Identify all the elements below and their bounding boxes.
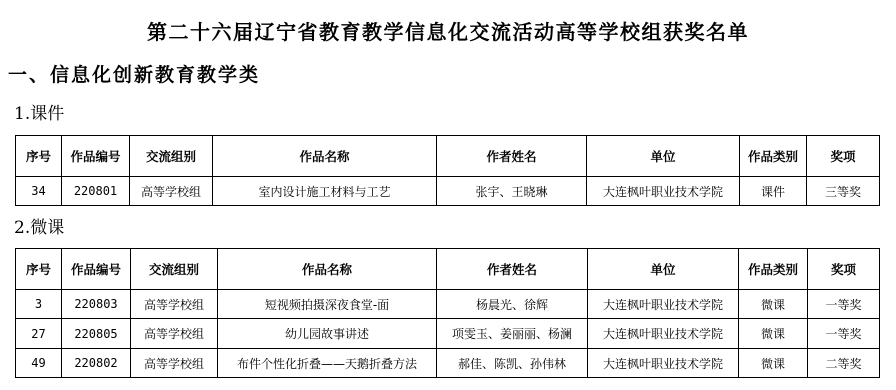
cell-group: 高等学校组 [131, 319, 218, 349]
column-header-category: 作品类别 [739, 249, 808, 290]
cell-award: 一等奖 [808, 319, 880, 349]
cell-unit: 大连枫叶职业技术学院 [588, 290, 739, 319]
cell-authors: 郝佳、陈凯、孙伟林 [437, 349, 588, 378]
table-header-row: 序号 作品编号 交流组别 作品名称 作者姓名 单位 作品类别 奖项 [16, 136, 880, 177]
column-header-unit: 单位 [587, 136, 740, 177]
column-header-seq: 序号 [16, 136, 62, 177]
cell-category: 微课 [739, 290, 808, 319]
cell-code: 220803 [62, 290, 131, 319]
cell-code: 220801 [62, 177, 130, 206]
column-header-authors: 作者姓名 [437, 249, 588, 290]
cell-unit: 大连枫叶职业技术学院 [587, 177, 740, 206]
cell-group: 高等学校组 [131, 290, 218, 319]
document-title: 第二十六届辽宁省教育教学信息化交流活动高等学校组获奖名单 [0, 19, 896, 45]
column-header-award: 奖项 [808, 249, 880, 290]
cell-award: 一等奖 [808, 290, 880, 319]
cell-authors: 杨晨光、徐辉 [437, 290, 588, 319]
cell-group: 高等学校组 [130, 177, 213, 206]
courseware-award-table: 序号 作品编号 交流组别 作品名称 作者姓名 单位 作品类别 奖项 34 220… [15, 135, 880, 206]
column-header-group: 交流组别 [130, 136, 213, 177]
section-heading: 一、信息化创新教育教学类 [8, 62, 260, 88]
table-row: 34 220801 高等学校组 室内设计施工材料与工艺 张宇、王晓琳 大连枫叶职… [16, 177, 880, 206]
subsection-heading-microlecture: 2.微课 [14, 217, 64, 239]
cell-seq: 34 [16, 177, 62, 206]
table-row: 3 220803 高等学校组 短视频拍摄深夜食堂-面 杨晨光、徐辉 大连枫叶职业… [16, 290, 880, 319]
column-header-code: 作品编号 [62, 249, 131, 290]
microlecture-award-table: 序号 作品编号 交流组别 作品名称 作者姓名 单位 作品类别 奖项 3 2208… [15, 248, 880, 378]
cell-category: 微课 [739, 319, 808, 349]
cell-category: 微课 [739, 349, 808, 378]
column-header-unit: 单位 [588, 249, 739, 290]
cell-category: 课件 [740, 177, 807, 206]
column-header-category: 作品类别 [740, 136, 807, 177]
column-header-title: 作品名称 [213, 136, 437, 177]
table-header-row: 序号 作品编号 交流组别 作品名称 作者姓名 单位 作品类别 奖项 [16, 249, 880, 290]
column-header-code: 作品编号 [62, 136, 130, 177]
cell-seq: 3 [16, 290, 62, 319]
cell-award: 二等奖 [808, 349, 880, 378]
cell-unit: 大连枫叶职业技术学院 [588, 319, 739, 349]
cell-title: 布件个性化折叠——天鹅折叠方法 [218, 349, 437, 378]
cell-title: 幼儿园故事讲述 [218, 319, 437, 349]
column-header-award: 奖项 [807, 136, 880, 177]
cell-authors: 项雯玉、姜丽丽、杨澜 [437, 319, 588, 349]
cell-title: 室内设计施工材料与工艺 [213, 177, 437, 206]
column-header-group: 交流组别 [131, 249, 218, 290]
cell-unit: 大连枫叶职业技术学院 [588, 349, 739, 378]
cell-code: 220802 [62, 349, 131, 378]
cell-authors: 张宇、王晓琳 [437, 177, 587, 206]
column-header-title: 作品名称 [218, 249, 437, 290]
column-header-seq: 序号 [16, 249, 62, 290]
subsection-heading-courseware: 1.课件 [14, 103, 64, 125]
cell-seq: 27 [16, 319, 62, 349]
table-row: 27 220805 高等学校组 幼儿园故事讲述 项雯玉、姜丽丽、杨澜 大连枫叶职… [16, 319, 880, 349]
cell-award: 三等奖 [807, 177, 880, 206]
column-header-authors: 作者姓名 [437, 136, 587, 177]
cell-group: 高等学校组 [131, 349, 218, 378]
table-row: 49 220802 高等学校组 布件个性化折叠——天鹅折叠方法 郝佳、陈凯、孙伟… [16, 349, 880, 378]
cell-title: 短视频拍摄深夜食堂-面 [218, 290, 437, 319]
cell-code: 220805 [62, 319, 131, 349]
cell-seq: 49 [16, 349, 62, 378]
